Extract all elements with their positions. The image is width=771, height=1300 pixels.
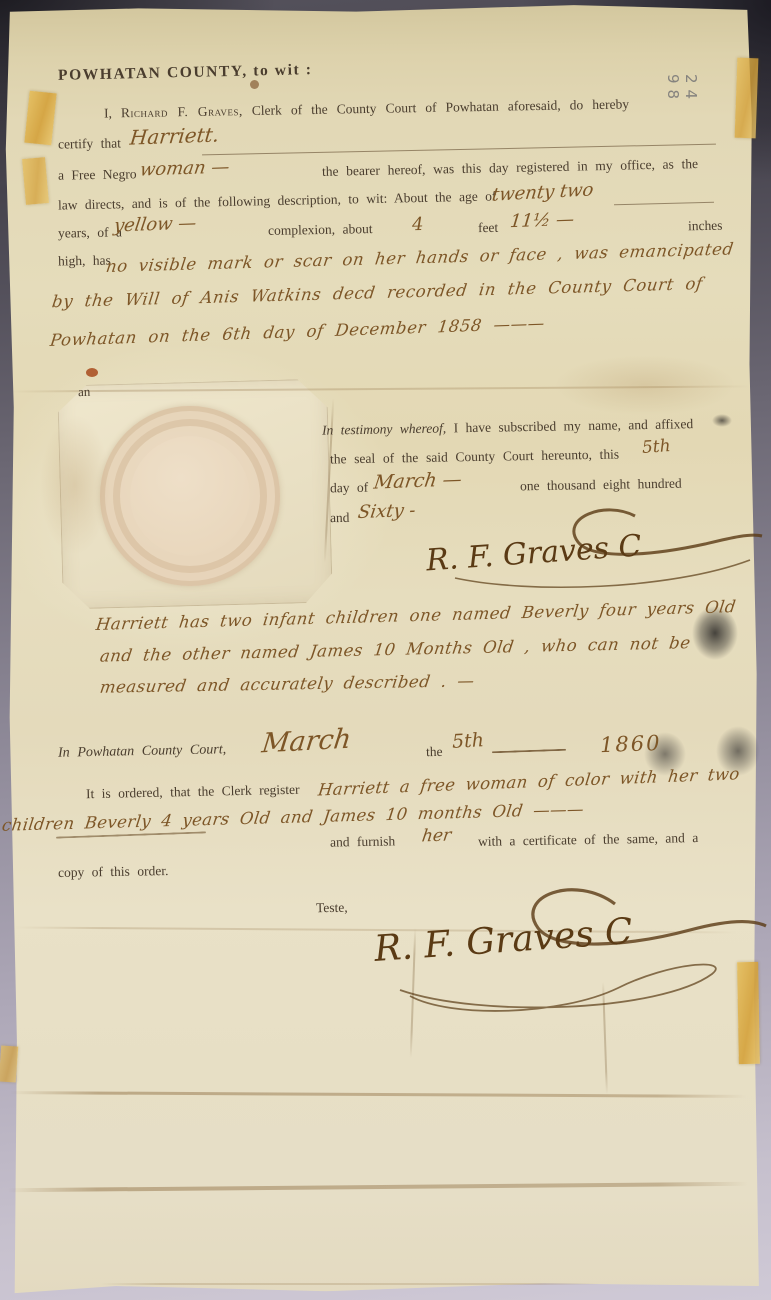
paper-stain xyxy=(40,415,110,555)
the-label: the xyxy=(426,744,443,760)
inches-label: inches xyxy=(688,218,723,235)
testimony-opening-rest: I have subscribed my name, and affixed xyxy=(446,416,693,435)
court-year-handwritten: 1860 xyxy=(600,731,662,757)
tape-fragment-top-left-2 xyxy=(22,157,49,205)
pencil-archival-mark-text: 24 98 xyxy=(664,74,700,114)
feet-value-handwritten: 4 xyxy=(412,214,424,235)
clerk-signature-teste: R. F. Graves C xyxy=(360,878,770,1028)
printed-fragment-an: an xyxy=(78,384,91,400)
complexion-handwritten: yellow — xyxy=(113,213,198,237)
copy-line: copy of this order. xyxy=(58,863,169,881)
testimony-day-handwritten: 5th xyxy=(641,436,671,458)
year-phrase: one thousand eight hundred xyxy=(520,476,682,495)
certify-label: certify that xyxy=(58,135,121,152)
testimony-year-tail-handwritten: Sixty - xyxy=(357,500,417,523)
court-month-handwritten: March xyxy=(260,724,353,760)
tape-fragment-bottom-left xyxy=(0,1045,18,1082)
fold-stain-line xyxy=(100,1283,600,1285)
feet-label: feet xyxy=(478,220,499,236)
free-negro-label: a Free Negro xyxy=(58,166,137,183)
court-day-handwritten: 5th xyxy=(451,729,484,753)
furnish-label: and furnish xyxy=(330,833,395,850)
paper-stain xyxy=(555,355,735,415)
registrant-name-handwritten: Harriett. xyxy=(129,122,221,149)
inches-value-handwritten: 11½ — xyxy=(509,209,575,232)
testimony-month-handwritten: March — xyxy=(372,468,463,493)
pencil-archival-mark: 24 98 xyxy=(696,52,736,142)
tape-fragment-top-left-1 xyxy=(24,91,56,146)
pronoun-handwritten: her xyxy=(421,825,453,846)
teste-label: Teste, xyxy=(316,900,348,917)
day-of-label: day of xyxy=(330,480,368,497)
testimony-opening-italic: In testimony whereof, xyxy=(322,420,446,437)
sex-handwritten: woman — xyxy=(139,156,231,180)
complexion-label: complexion, about xyxy=(268,221,373,239)
clerk-name: Richard F. Graves, xyxy=(121,103,243,120)
clerk-signature-testimony: R. F. Graves C xyxy=(420,498,765,608)
and-label: and xyxy=(330,510,350,526)
red-stain-spot xyxy=(86,368,98,377)
foxing-spot xyxy=(250,80,259,89)
embossed-county-seal xyxy=(100,406,280,586)
photograph-of-document: 24 98 POWHATAN COUNTY, to wit : I, Richa… xyxy=(0,0,771,1300)
tape-fragment-top-right xyxy=(735,58,759,139)
high-label: high, has xyxy=(58,253,111,270)
intro-pre: I, xyxy=(104,105,121,120)
